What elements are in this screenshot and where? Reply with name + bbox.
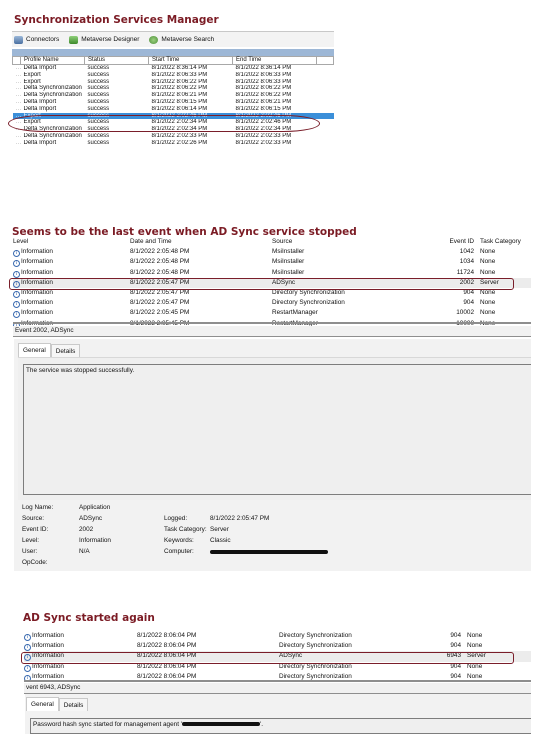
metaverse-search-icon	[149, 36, 158, 44]
section-heading-sync-manager: Synchronization Services Manager	[14, 14, 219, 26]
metaverse-designer-button[interactable]: Metaverse Designer	[69, 36, 139, 44]
profile-name: Export	[21, 72, 85, 79]
run-history-row[interactable]: …Delta Synchronizationsuccess8/1/2022 2:…	[13, 126, 334, 133]
start-time: 8/1/2022 8:06:33 PM	[149, 72, 233, 79]
date-time: 8/1/2022 2:05:47 PM	[130, 288, 272, 298]
status: success	[85, 113, 149, 120]
task-category: None	[467, 631, 531, 641]
source: MsiInstaller	[272, 268, 368, 278]
sync-manager-window: Connectors Metaverse Designer Metaverse …	[12, 31, 334, 162]
column-date-time[interactable]: Date and Time	[130, 237, 272, 247]
task-category: Server	[467, 651, 531, 661]
event-row[interactable]: iInformation8/1/2022 8:06:04 PMDirectory…	[24, 641, 531, 651]
profile-name: Delta Import	[21, 140, 85, 147]
source: Directory Synchronization	[279, 631, 375, 641]
extra	[317, 126, 334, 133]
event-id: 1034	[368, 257, 480, 267]
profile-name: Delta Import	[21, 99, 85, 106]
level-text: Information	[32, 632, 64, 639]
event-row[interactable]: iInformation8/1/2022 8:06:04 PMDirectory…	[24, 631, 531, 641]
event-description: The service was stopped successfully.	[23, 364, 531, 495]
end-time: 8/1/2022 8:06:21 PM	[233, 99, 317, 106]
event-row[interactable]: iInformation8/1/2022 8:06:04 PMADSync694…	[24, 651, 531, 661]
level-text: Information	[32, 673, 64, 680]
level-text: Information	[21, 258, 53, 265]
profile-name: Export	[21, 113, 85, 120]
status: success	[85, 126, 149, 133]
column-start-time[interactable]: Start Time	[149, 57, 233, 65]
extra	[317, 92, 334, 99]
level-value: Information	[79, 537, 111, 544]
date-time: 8/1/2022 2:05:47 PM	[130, 298, 272, 308]
profile-name: Export	[21, 79, 85, 86]
event-id-label: Event ID:	[22, 526, 48, 533]
profile-name: Delta Synchronization	[21, 92, 85, 99]
event-id: 10002	[368, 308, 480, 318]
task-category-value: Server	[210, 526, 229, 533]
extra	[317, 79, 334, 86]
row-stub: …	[13, 119, 21, 126]
task-category-label: Task Category:	[164, 526, 207, 533]
log-name-value: Application	[79, 504, 110, 511]
event-message: Password hash sync started for managemen…	[33, 721, 182, 728]
level: iInformation	[13, 247, 130, 257]
source: MsiInstaller	[272, 247, 368, 257]
end-time: 8/1/2022 8:06:15 PM	[233, 106, 317, 113]
status: success	[85, 72, 149, 79]
event-id: 1042	[368, 247, 480, 257]
level: iInformation	[24, 641, 137, 651]
end-time: 8/1/2022 8:06:33 PM	[233, 72, 317, 79]
level: iInformation	[13, 298, 130, 308]
start-time: 8/1/2022 2:02:46 PM	[149, 113, 233, 120]
start-time: 8/1/2022 8:06:15 PM	[149, 99, 233, 106]
logged-label: Logged:	[164, 515, 187, 522]
level: iInformation	[13, 268, 130, 278]
profile-name: Delta Import	[21, 106, 85, 113]
profile-name: Delta Synchronization	[21, 85, 85, 92]
status: success	[85, 99, 149, 106]
information-icon: i	[13, 271, 20, 278]
level-text: Information	[21, 289, 53, 296]
connectors-label: Connectors	[26, 36, 59, 43]
status: success	[85, 65, 149, 72]
start-time: 8/1/2022 2:02:34 PM	[149, 119, 233, 126]
level: iInformation	[13, 278, 130, 288]
metaverse-designer-icon	[69, 36, 78, 44]
source: Directory Synchronization	[272, 298, 368, 308]
date-time: 8/1/2022 8:06:04 PM	[137, 662, 279, 672]
column-extra	[317, 57, 334, 65]
event-id: 904	[375, 641, 467, 651]
information-icon: i	[13, 281, 20, 288]
task-category: None	[480, 298, 531, 308]
opcode-label: OpCode:	[22, 559, 48, 566]
column-status[interactable]: Status	[85, 57, 149, 65]
event-detail-tabs: General Details	[18, 344, 80, 357]
run-history-row[interactable]: …Delta Importsuccess8/1/2022 8:06:14 PM8…	[13, 106, 334, 113]
run-history-row[interactable]: …Delta Synchronizationsuccess8/1/2022 8:…	[13, 92, 334, 99]
keywords-label: Keywords:	[164, 537, 194, 544]
information-icon: i	[13, 301, 20, 308]
task-category: None	[480, 257, 531, 267]
date-time: 8/1/2022 8:06:04 PM	[137, 651, 279, 661]
column-source[interactable]: Source	[272, 237, 368, 247]
start-time: 8/1/2022 2:02:33 PM	[149, 133, 233, 140]
extra	[317, 133, 334, 140]
operations-header-bar	[12, 49, 334, 56]
task-category: None	[480, 308, 531, 318]
event-row[interactable]: iInformation8/1/2022 2:05:48 PMMsiInstal…	[13, 247, 531, 257]
keywords-value: Classic	[210, 537, 231, 544]
pane-divider	[24, 680, 531, 682]
event-row[interactable]: iInformation8/1/2022 2:05:48 PMMsiInstal…	[13, 257, 531, 267]
level: iInformation	[24, 651, 137, 661]
pane-divider	[13, 322, 531, 324]
metaverse-search-button[interactable]: Metaverse Search	[149, 36, 214, 44]
extra	[317, 113, 334, 120]
level-text: Information	[21, 248, 53, 255]
task-category: None	[467, 641, 531, 651]
status: success	[85, 133, 149, 140]
information-icon: i	[13, 250, 20, 257]
extra	[317, 140, 334, 147]
row-stub: …	[13, 113, 21, 120]
level-text: Information	[21, 309, 53, 316]
source: RestartManager	[272, 308, 368, 318]
toolbar: Connectors Metaverse Designer Metaverse …	[12, 31, 334, 47]
run-history-row[interactable]: …Exportsuccess8/1/2022 8:06:22 PM8/1/202…	[13, 79, 334, 86]
user-label: User:	[22, 548, 37, 555]
source: Directory Synchronization	[272, 288, 368, 298]
column-end-time[interactable]: End Time	[233, 57, 317, 65]
task-category: None	[480, 247, 531, 257]
level-text: Information	[21, 279, 53, 286]
status: success	[85, 92, 149, 99]
section-heading-started: AD Sync started again	[23, 612, 155, 624]
information-icon: i	[24, 654, 31, 661]
tab-details[interactable]: Details	[59, 698, 89, 711]
event-detail-title: Event 2002, ADSync	[13, 326, 531, 337]
information-icon: i	[24, 634, 31, 641]
event-row[interactable]: iInformation8/1/2022 2:05:45 PMRestartMa…	[13, 308, 531, 318]
date-time: 8/1/2022 2:05:48 PM	[130, 247, 272, 257]
event-row[interactable]: iInformation8/1/2022 2:05:47 PMDirectory…	[13, 288, 531, 298]
column-task-category[interactable]: Task Category	[480, 237, 531, 247]
level-text: Information	[21, 299, 53, 306]
start-time: 8/1/2022 2:02:26 PM	[149, 140, 233, 147]
information-icon: i	[24, 644, 31, 651]
status: success	[85, 79, 149, 86]
date-time: 8/1/2022 2:05:45 PM	[130, 308, 272, 318]
event-id: 11724	[368, 268, 480, 278]
event-row[interactable]: iInformation8/1/2022 2:05:47 PMADSync200…	[13, 278, 531, 288]
level-text: Information	[32, 663, 64, 670]
date-time: 8/1/2022 8:06:04 PM	[137, 641, 279, 651]
event-row[interactable]: iInformation8/1/2022 2:05:48 PMMsiInstal…	[13, 268, 531, 278]
event-id: 904	[368, 298, 480, 308]
task-category: None	[467, 662, 531, 672]
source: ADSync	[272, 278, 368, 288]
status: success	[85, 106, 149, 113]
run-history-row[interactable]: …Delta Importsuccess8/1/2022 2:02:26 PM8…	[13, 140, 334, 147]
level-label: Level:	[22, 537, 39, 544]
end-time: 8/1/2022 8:36:14 PM	[233, 65, 317, 72]
end-time: 8/1/2022 8:06:22 PM	[233, 92, 317, 99]
tab-general[interactable]: General	[26, 697, 59, 711]
log-name-label: Log Name:	[22, 504, 53, 511]
event-id: 904	[375, 662, 467, 672]
profile-name: Delta Synchronization	[21, 133, 85, 140]
level: iInformation	[13, 308, 130, 318]
extra	[317, 106, 334, 113]
computer-label: Computer:	[164, 548, 194, 555]
profile-name: Delta Synchronization	[21, 126, 85, 133]
event-id: 2002	[368, 278, 480, 288]
end-time: 8/1/2022 8:06:33 PM	[233, 79, 317, 86]
level: iInformation	[13, 288, 130, 298]
row-stub: …	[13, 79, 21, 86]
row-stub: …	[13, 99, 21, 106]
date-time: 8/1/2022 2:05:48 PM	[130, 268, 272, 278]
event-id: 904	[375, 631, 467, 641]
end-time: 8/1/2022 2:02:33 PM	[233, 133, 317, 140]
end-time: 8/1/2022 2:02:33 PM	[233, 140, 317, 147]
task-category: None	[480, 268, 531, 278]
run-history-table: Profile Name Status Start Time End Time …	[12, 56, 334, 147]
event-description: Password hash sync started for managemen…	[30, 718, 531, 734]
start-time: 8/1/2022 8:06:22 PM	[149, 85, 233, 92]
run-history-row[interactable]: …Delta Synchronizationsuccess8/1/2022 2:…	[13, 133, 334, 140]
task-category: Server	[480, 278, 531, 288]
column-event-id[interactable]: Event ID	[368, 237, 480, 247]
event-row[interactable]: iInformation8/1/2022 2:05:47 PMDirectory…	[13, 298, 531, 308]
level-text: Information	[32, 652, 64, 659]
end-time: 8/1/2022 2:02:34 PM	[233, 126, 317, 133]
event-detail-title: vent 6943, ADSync	[24, 683, 531, 694]
status: success	[85, 119, 149, 126]
source: ADSync	[279, 651, 375, 661]
row-stub: …	[13, 126, 21, 133]
connectors-icon	[14, 36, 23, 44]
event-row[interactable]: iInformation8/1/2022 8:06:04 PMDirectory…	[24, 662, 531, 672]
level-text: Information	[32, 642, 64, 649]
metaverse-designer-label: Metaverse Designer	[81, 36, 139, 43]
row-stub: …	[13, 65, 21, 72]
status: success	[85, 85, 149, 92]
extra	[317, 85, 334, 92]
extra	[317, 119, 334, 126]
source: MsiInstaller	[272, 257, 368, 267]
user-value: N/A	[79, 548, 90, 555]
logged-value: 8/1/2022 2:05:47 PM	[210, 515, 269, 522]
run-history-row[interactable]: …Delta Importsuccess8/1/2022 8:36:14 PM8…	[13, 65, 334, 72]
row-stub: …	[13, 72, 21, 79]
end-time: 8/1/2022 2:02:46 PM	[233, 113, 317, 120]
profile-name: Delta Import	[21, 65, 85, 72]
extra	[317, 72, 334, 79]
start-time: 8/1/2022 8:06:22 PM	[149, 79, 233, 86]
information-icon: i	[13, 260, 20, 267]
level: iInformation	[24, 662, 137, 672]
task-category: None	[480, 288, 531, 298]
column-profile-name[interactable]: Profile Name	[21, 57, 85, 65]
run-history-row[interactable]: …Exportsuccess8/1/2022 2:02:46 PM8/1/202…	[13, 113, 334, 120]
start-time: 8/1/2022 8:06:14 PM	[149, 106, 233, 113]
event-list-header: Level Date and Time Source Event ID Task…	[13, 237, 531, 247]
metaverse-search-label: Metaverse Search	[161, 36, 214, 43]
status: success	[85, 140, 149, 147]
event-message: The service was stopped successfully.	[26, 367, 134, 374]
source-label: Source:	[22, 515, 44, 522]
tab-details[interactable]: Details	[51, 344, 81, 357]
extra	[317, 99, 334, 106]
end-time: 8/1/2022 2:02:46 PM	[233, 119, 317, 126]
event-detail-tabs: General Details	[26, 698, 88, 711]
start-time: 8/1/2022 8:36:14 PM	[149, 65, 233, 72]
management-agent-redacted	[182, 722, 260, 726]
row-stub: …	[13, 92, 21, 99]
event-id: 904	[368, 288, 480, 298]
row-stub: …	[13, 133, 21, 140]
run-history-row[interactable]: …Exportsuccess8/1/2022 2:02:34 PM8/1/202…	[13, 119, 334, 126]
date-time: 8/1/2022 2:05:47 PM	[130, 278, 272, 288]
table-header-row: Profile Name Status Start Time End Time	[13, 57, 334, 65]
extra	[317, 65, 334, 72]
event-list-started: iInformation8/1/2022 8:06:04 PMDirectory…	[24, 631, 531, 682]
source: Directory Synchronization	[279, 641, 375, 651]
row-stub: …	[13, 85, 21, 92]
event-id-value: 2002	[79, 526, 93, 533]
start-time: 8/1/2022 2:02:34 PM	[149, 126, 233, 133]
row-stub: …	[13, 140, 21, 147]
information-icon: i	[24, 665, 31, 672]
row-stub: …	[13, 106, 21, 113]
source: Directory Synchronization	[279, 662, 375, 672]
connectors-button[interactable]: Connectors	[14, 36, 59, 44]
tab-general[interactable]: General	[18, 343, 51, 357]
source-value: ADSync	[79, 515, 102, 522]
information-icon: i	[13, 291, 20, 298]
end-time: 8/1/2022 8:06:22 PM	[233, 85, 317, 92]
run-history-row[interactable]: …Delta Synchronizationsuccess8/1/2022 8:…	[13, 85, 334, 92]
computer-value-redacted	[210, 549, 328, 556]
start-time: 8/1/2022 8:06:21 PM	[149, 92, 233, 99]
run-history-row[interactable]: …Delta Importsuccess8/1/2022 8:06:15 PM8…	[13, 99, 334, 106]
level-text: Information	[21, 269, 53, 276]
run-history-row[interactable]: …Exportsuccess8/1/2022 8:06:33 PM8/1/202…	[13, 72, 334, 79]
date-time: 8/1/2022 2:05:48 PM	[130, 257, 272, 267]
level: iInformation	[13, 257, 130, 267]
column-level[interactable]: Level	[13, 237, 130, 247]
event-id: 6943	[375, 651, 467, 661]
event-list-stopped: Level Date and Time Source Event ID Task…	[13, 237, 531, 329]
profile-name: Export	[21, 119, 85, 126]
information-icon: i	[13, 311, 20, 318]
column-stub	[13, 57, 21, 65]
date-time: 8/1/2022 8:06:04 PM	[137, 631, 279, 641]
level: iInformation	[24, 631, 137, 641]
